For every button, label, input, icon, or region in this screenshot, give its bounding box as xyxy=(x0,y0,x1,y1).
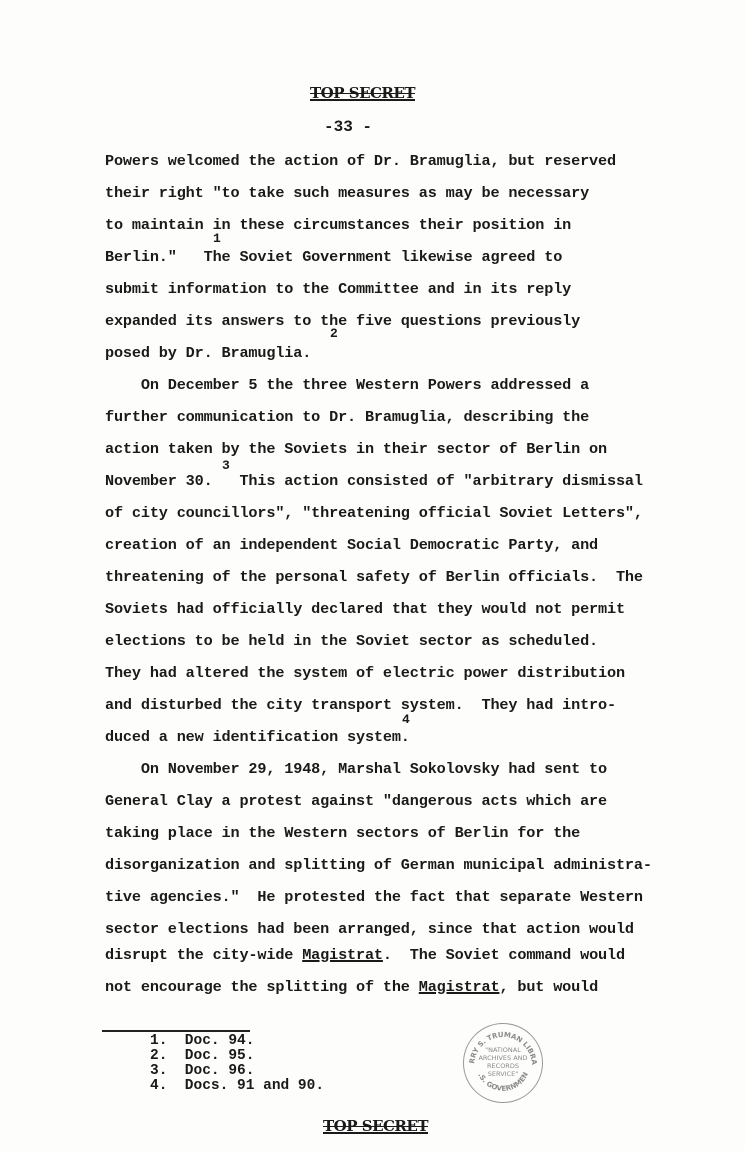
body-line: taking place in the Western sectors of B… xyxy=(105,824,580,842)
body-line: threatening of the personal safety of Be… xyxy=(105,568,643,586)
body-line: creation of an independent Social Democr… xyxy=(105,536,598,554)
footnote-item: 1. Doc. 94. xyxy=(150,1034,254,1048)
body-line: General Clay a protest against "dangerou… xyxy=(105,792,607,810)
footnote-ref-4: 4 xyxy=(402,712,410,727)
classification-header: TOP SECRET xyxy=(310,84,415,102)
footnote-item: 4. Docs. 91 and 90. xyxy=(150,1079,324,1093)
body-line: expanded its answers to the five questio… xyxy=(105,312,580,330)
body-line: November 30. This action consisted of "a… xyxy=(105,472,643,490)
document-page: TOP SECRET -33 - Powers welcomed the act… xyxy=(0,0,745,1151)
body-line: Soviets had officially declared that the… xyxy=(105,600,625,618)
body-line: On November 29, 1948, Marshal Sokolovsky… xyxy=(105,760,607,778)
footnote-ref-2: 2 xyxy=(330,326,338,341)
magistrat-term: Magistrat xyxy=(302,946,383,964)
body-line: posed by Dr. Bramuglia. xyxy=(105,344,311,362)
body-line: of city councillors", "threatening offic… xyxy=(105,504,643,522)
footnote-ref-1: 1 xyxy=(213,231,221,246)
body-line: further communication to Dr. Bramuglia, … xyxy=(105,408,589,426)
footnote-item: 3. Doc. 96. xyxy=(150,1064,254,1078)
footnote-ref-3: 3 xyxy=(222,458,230,473)
body-line: Berlin." The Soviet Government likewise … xyxy=(105,248,562,266)
body-line: action taken by the Soviets in their sec… xyxy=(105,440,607,458)
body-line: and disturbed the city transport system.… xyxy=(105,696,616,714)
body-line: disrupt the city-wide Magistrat. The Sov… xyxy=(105,946,625,964)
body-line: elections to be held in the Soviet secto… xyxy=(105,632,598,650)
body-line: sector elections had been arranged, sinc… xyxy=(105,920,634,938)
footnote-divider xyxy=(102,1030,250,1032)
body-line: to maintain in these circumstances their… xyxy=(105,216,571,234)
body-line: submit information to the Committee and … xyxy=(105,280,571,298)
classification-footer: TOP SECRET xyxy=(323,1117,428,1135)
body-line: Powers welcomed the action of Dr. Bramug… xyxy=(105,152,616,170)
body-line: tive agencies." He protested the fact th… xyxy=(105,888,643,906)
footnote-item: 2. Doc. 95. xyxy=(150,1049,254,1063)
stamp-center-text: "NATIONALARCHIVES ANDRECORDSSERVICE" xyxy=(472,1046,534,1078)
body-line: not encourage the splitting of the Magis… xyxy=(105,978,598,996)
page-number: -33 - xyxy=(324,118,372,136)
body-line: disorganization and splitting of German … xyxy=(105,856,652,874)
body-line: They had altered the system of electric … xyxy=(105,664,625,682)
archive-stamp: HARRY S. TRUMAN LIBRARY U.S. GOVERNMENT … xyxy=(463,1023,543,1103)
body-line: their right "to take such measures as ma… xyxy=(105,184,589,202)
body-line: On December 5 the three Western Powers a… xyxy=(105,376,589,394)
magistrat-term: Magistrat xyxy=(419,978,500,996)
body-line: duced a new identification system. xyxy=(105,728,410,746)
